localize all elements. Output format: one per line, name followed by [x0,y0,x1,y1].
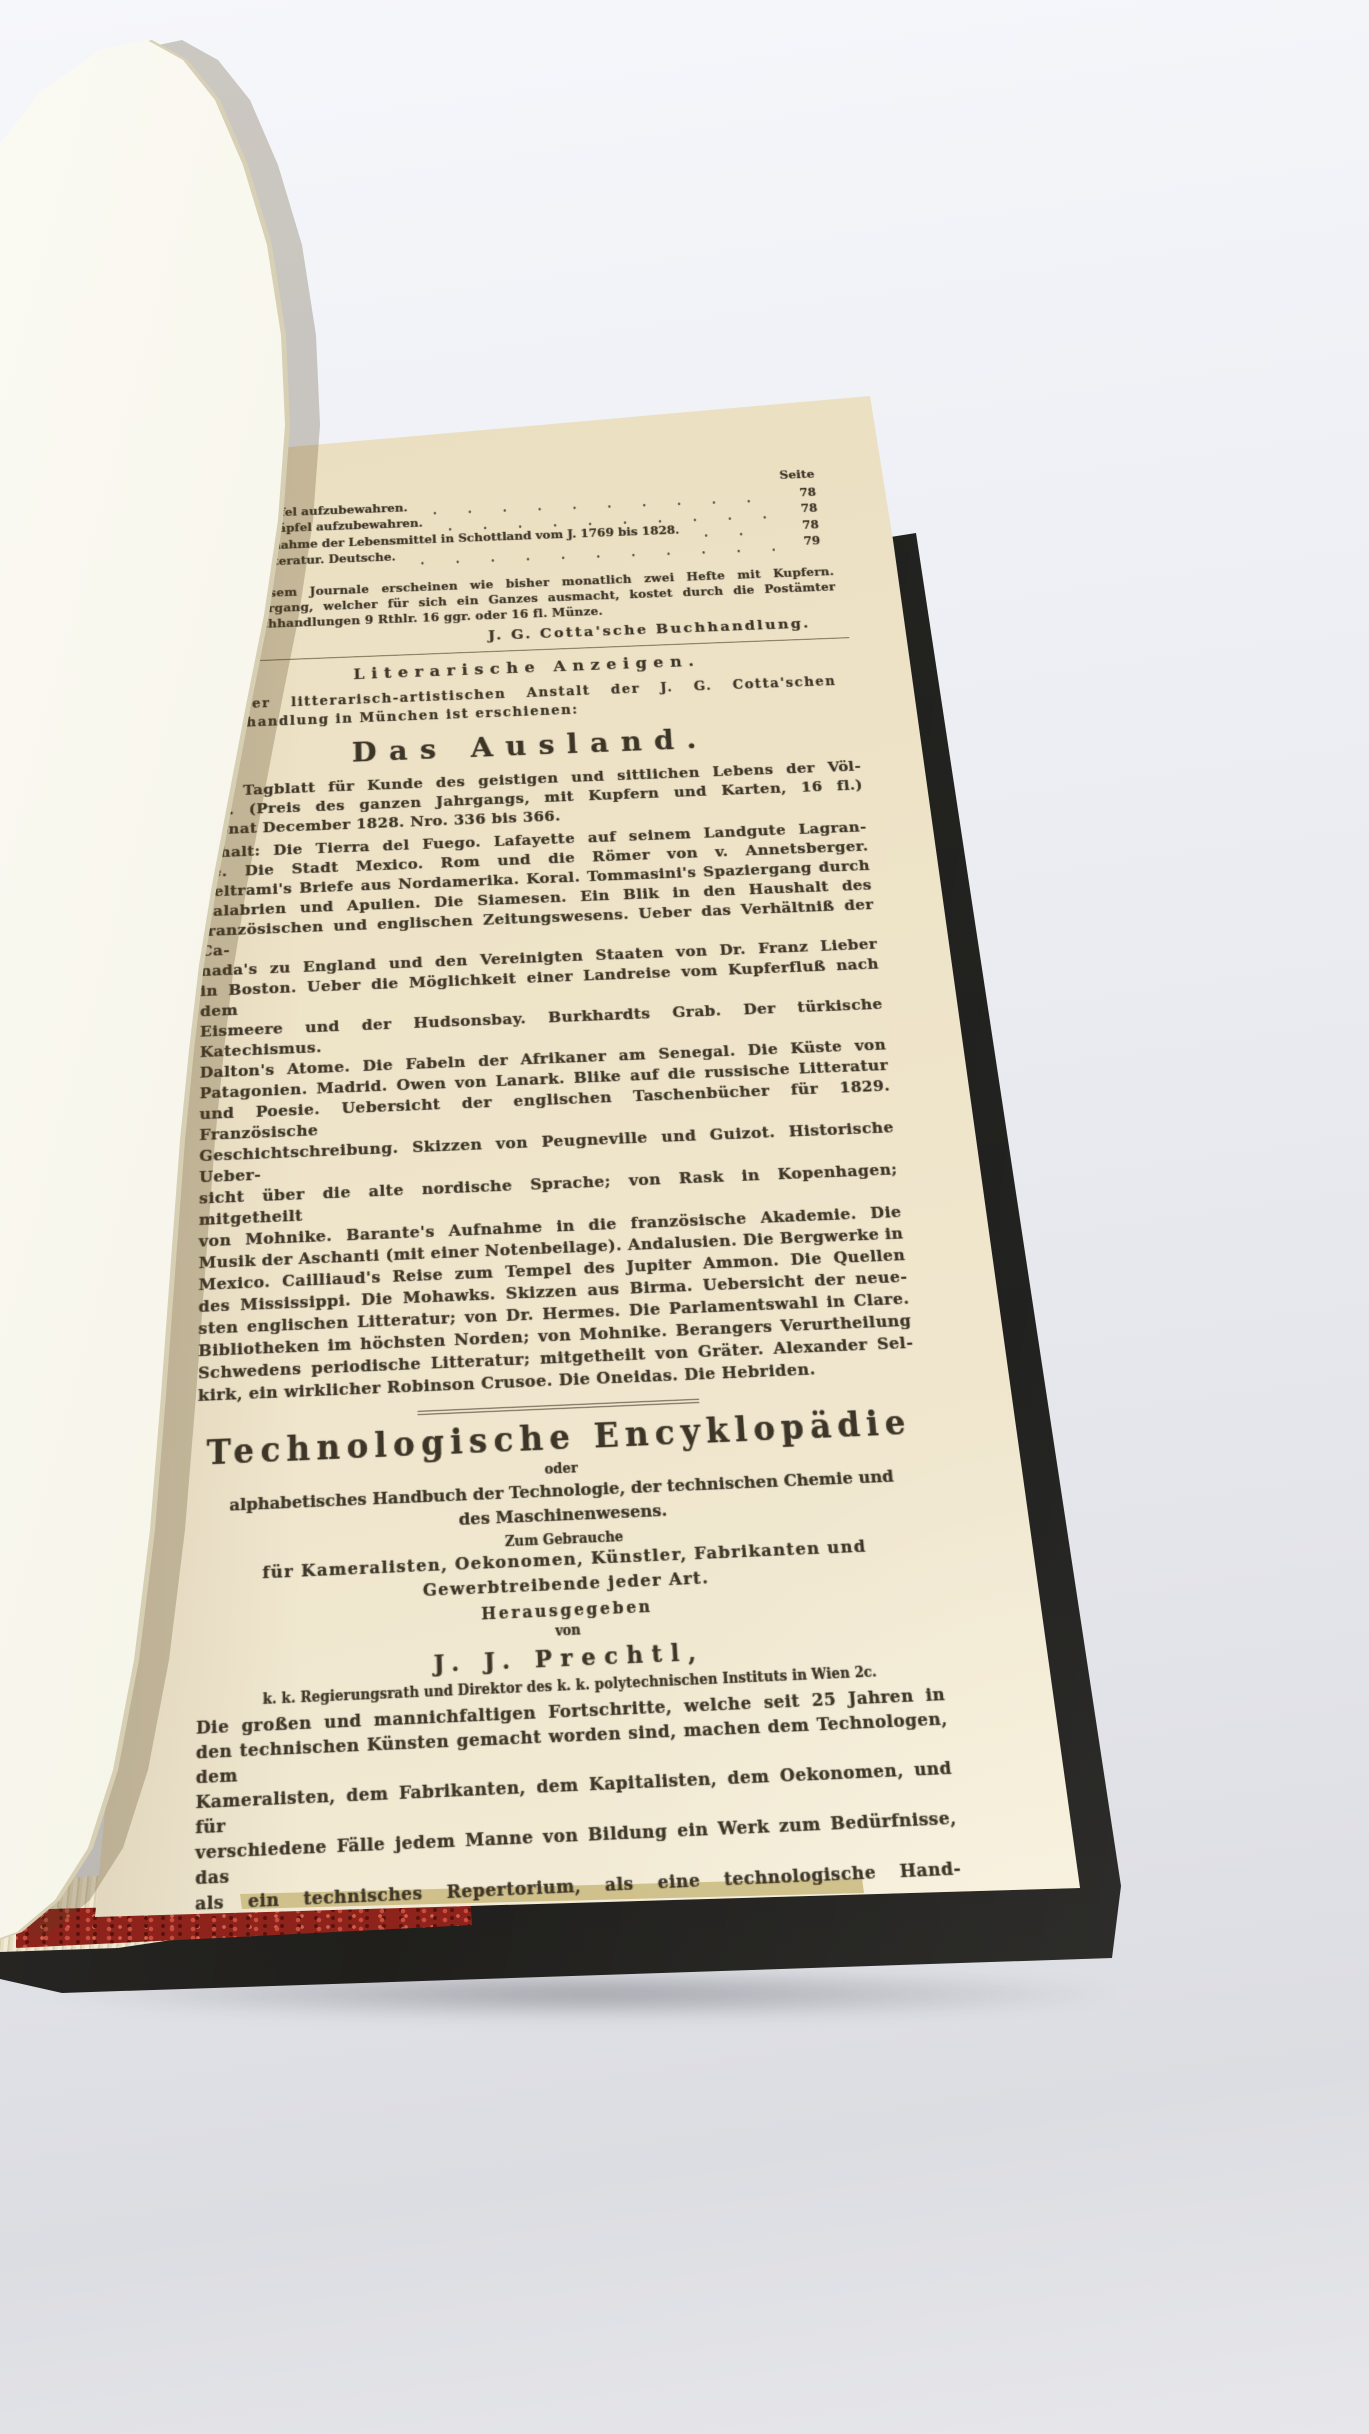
short-double-rule [417,1398,699,1414]
toc-page-number: 79 [783,533,821,551]
toc-page-number: 78 [781,517,819,535]
toc-page-number: 78 [780,501,818,519]
printed-text-block: Seite Aepfel aufzubewahren. 78 Erdäpfel … [195,420,962,1913]
table-of-contents: Seite Aepfel aufzubewahren. 78 Erdäpfel … [254,467,821,571]
ausland-contents: Inhalt: Die Tierra del Fuego. Lafayette … [198,816,916,1406]
toc-page-number: 78 [779,485,817,503]
book-photograph: Seite Aepfel aufzubewahren. 78 Erdäpfel … [0,0,1369,2434]
